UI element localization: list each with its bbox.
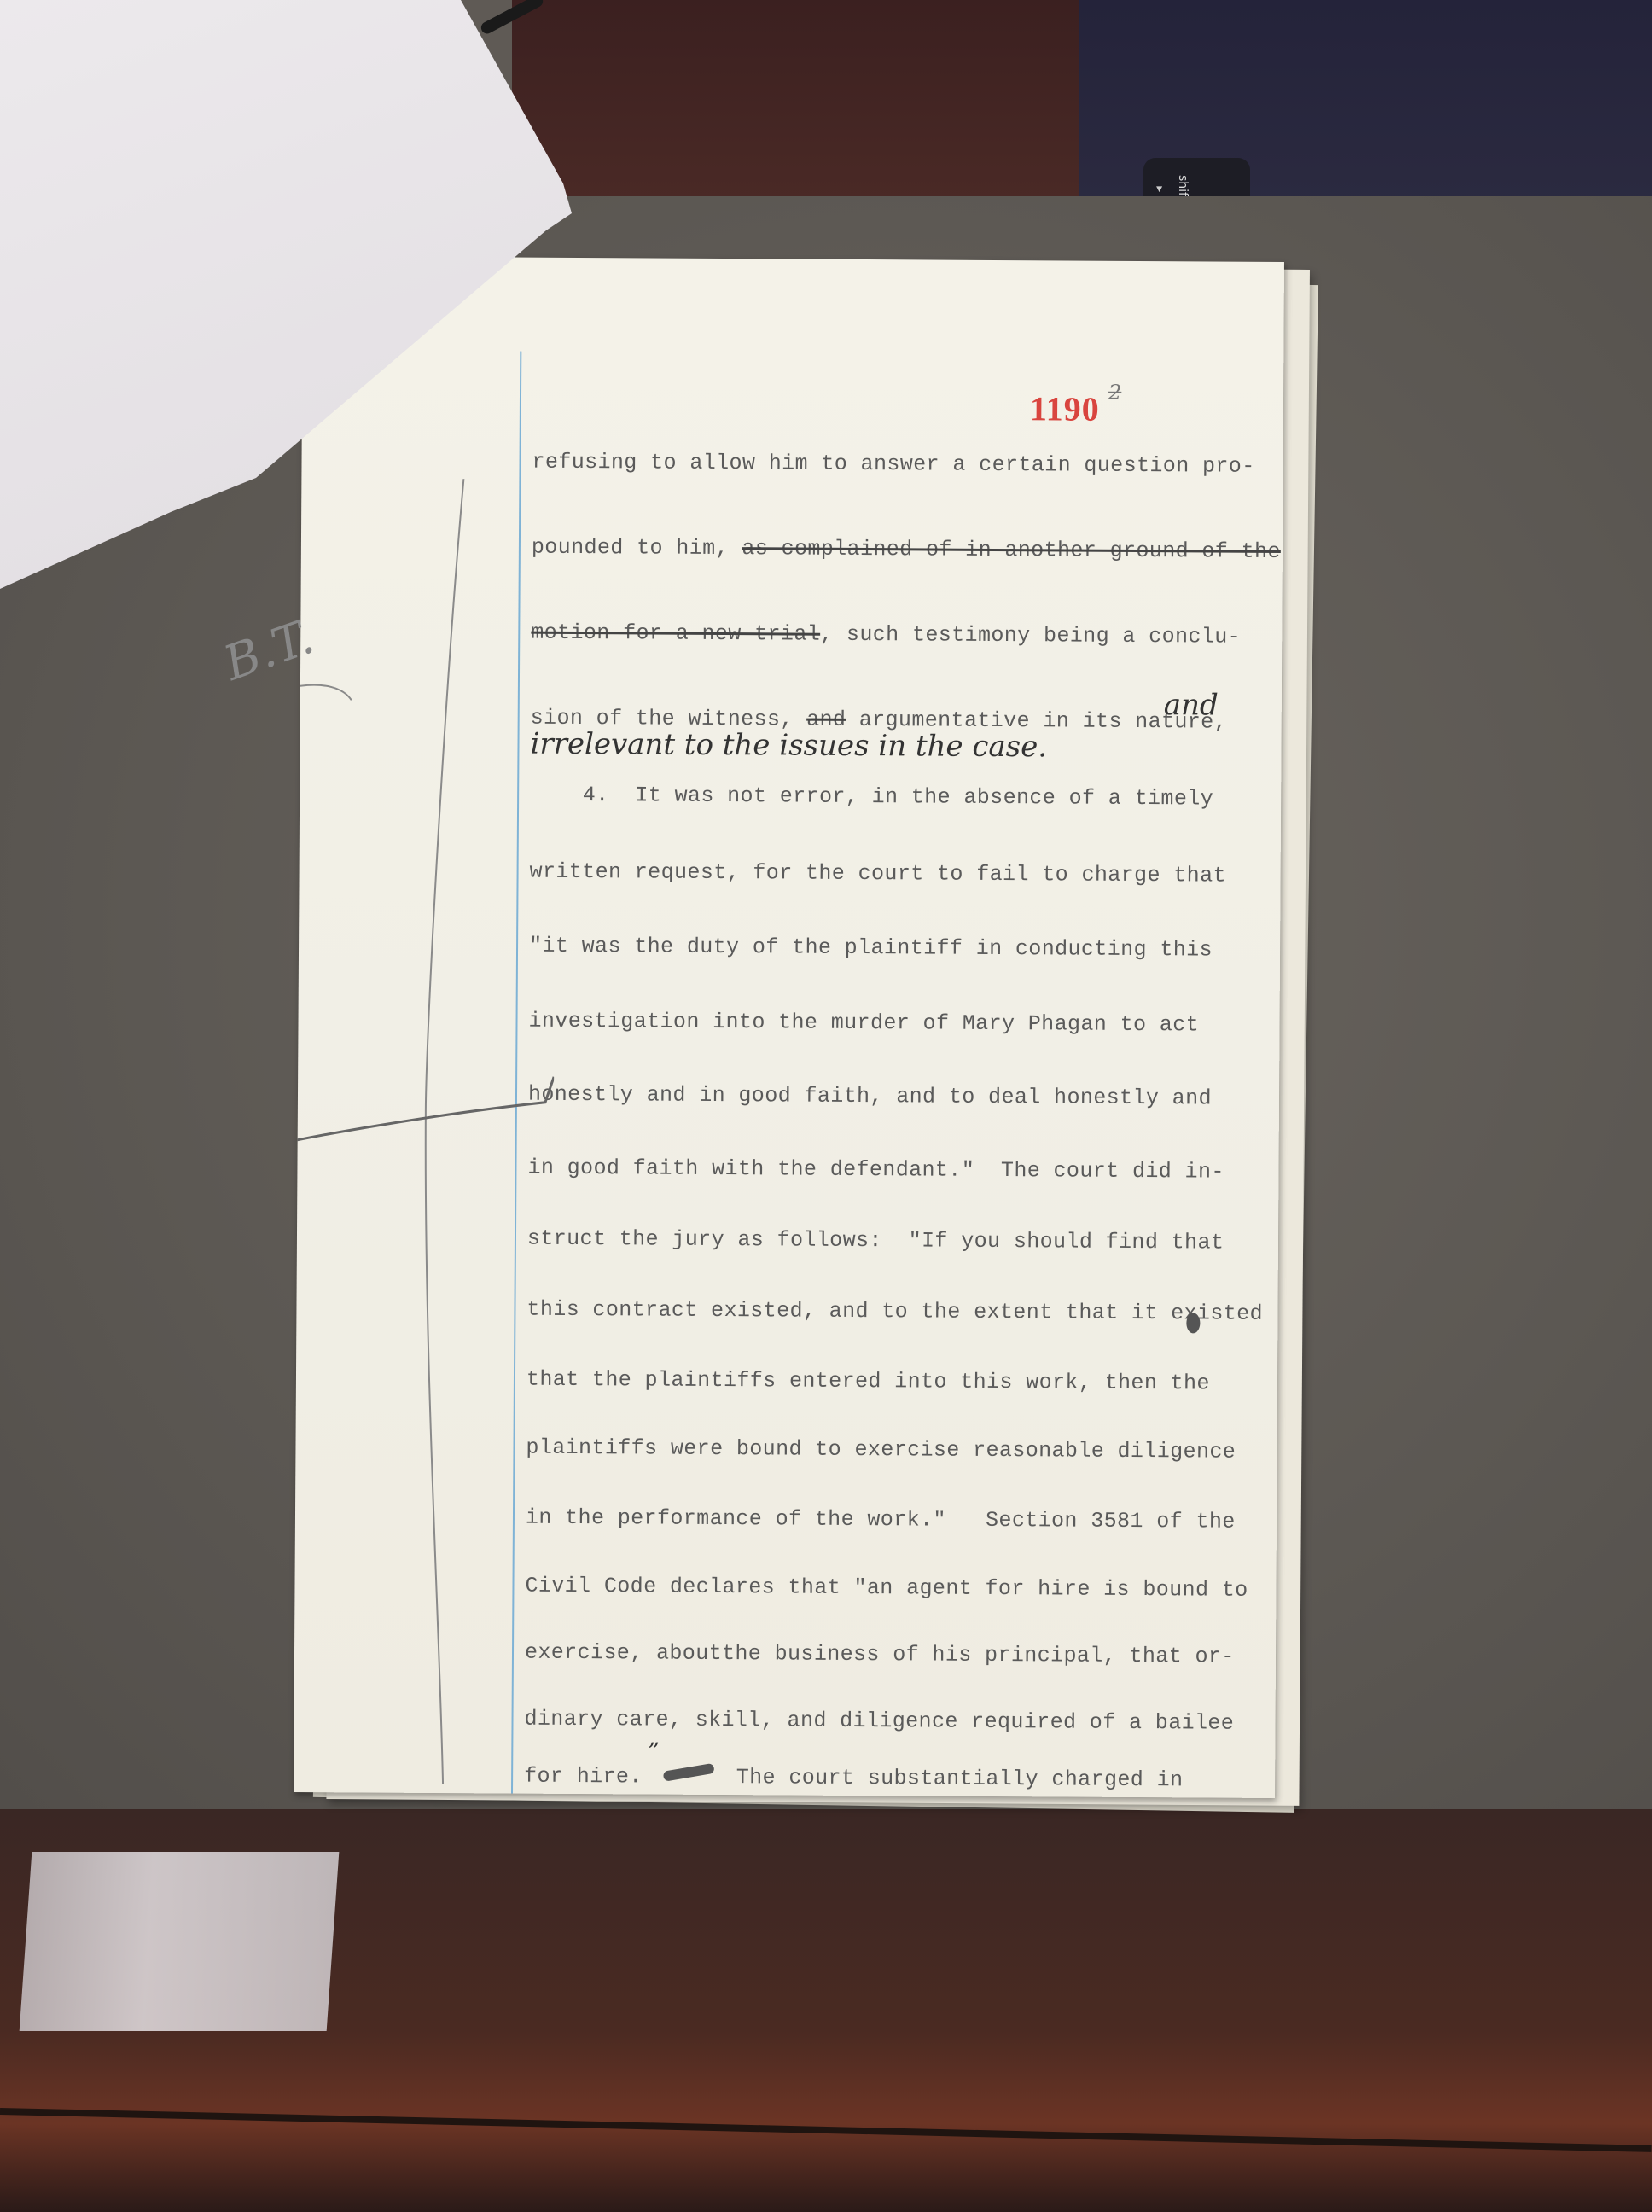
text-line-11: struct the jury as follows: "If you shou… bbox=[527, 1226, 1224, 1255]
handwritten-insert-and: and bbox=[1164, 688, 1219, 722]
text-line-19: for hire.The court substantially charged… bbox=[524, 1764, 1183, 1793]
text-line-17: exercise, aboutthe business of his princ… bbox=[525, 1640, 1235, 1669]
text-line-15: in the performance of the work." Section… bbox=[526, 1505, 1236, 1534]
text-line-8: investigation into the murder of Mary Ph… bbox=[528, 1009, 1199, 1038]
struck-text: motion for a new trial bbox=[531, 620, 820, 647]
text-line-9: honestly and in good faith, and to deal … bbox=[528, 1082, 1212, 1111]
struck-text: as complained of in another ground of th… bbox=[742, 536, 1281, 564]
text-line-7: "it was the duty of the plaintiff in con… bbox=[529, 934, 1213, 963]
page-number: 1190 bbox=[1030, 388, 1100, 428]
text-line-13: that the plaintiffs entered into this wo… bbox=[526, 1367, 1210, 1396]
ink-blot bbox=[1186, 1313, 1200, 1333]
text-line-14: plaintiffs were bound to exercise reason… bbox=[526, 1435, 1236, 1464]
handwritten-insert-irrelevant: irrelevant to the issues in the case. bbox=[530, 727, 1047, 765]
pencil-marks bbox=[294, 256, 559, 1794]
light-reflection bbox=[20, 1852, 340, 2031]
text-line-6: written request, for the court to fail t… bbox=[530, 859, 1227, 888]
arrow-icon: ▼ bbox=[1156, 183, 1162, 195]
text-line-18: dinary care, skill, and diligence requir… bbox=[524, 1707, 1234, 1736]
text-line-1: refusing to allow him to answer a certai… bbox=[532, 450, 1254, 479]
text-line-5: 4. It was not error, in the absence of a… bbox=[530, 783, 1213, 812]
text-line-12: this contract existed, and to the extent… bbox=[526, 1297, 1263, 1326]
handwritten-quote-mark: ” bbox=[648, 1739, 659, 1765]
text-line-3: motion for a new trial, such testimony b… bbox=[531, 620, 1241, 649]
wooden-desk-top bbox=[512, 0, 1084, 213]
page-number-superscript: 2 bbox=[1108, 381, 1121, 405]
document-page: 1190 2 refusing to allow him to answer a… bbox=[294, 256, 1284, 1798]
text-line-2: pounded to him, as complained of in anot… bbox=[532, 535, 1281, 564]
text-line-10: in good faith with the defendant." The c… bbox=[527, 1155, 1224, 1185]
text-line-16: Civil Code declares that "an agent for h… bbox=[525, 1574, 1248, 1603]
